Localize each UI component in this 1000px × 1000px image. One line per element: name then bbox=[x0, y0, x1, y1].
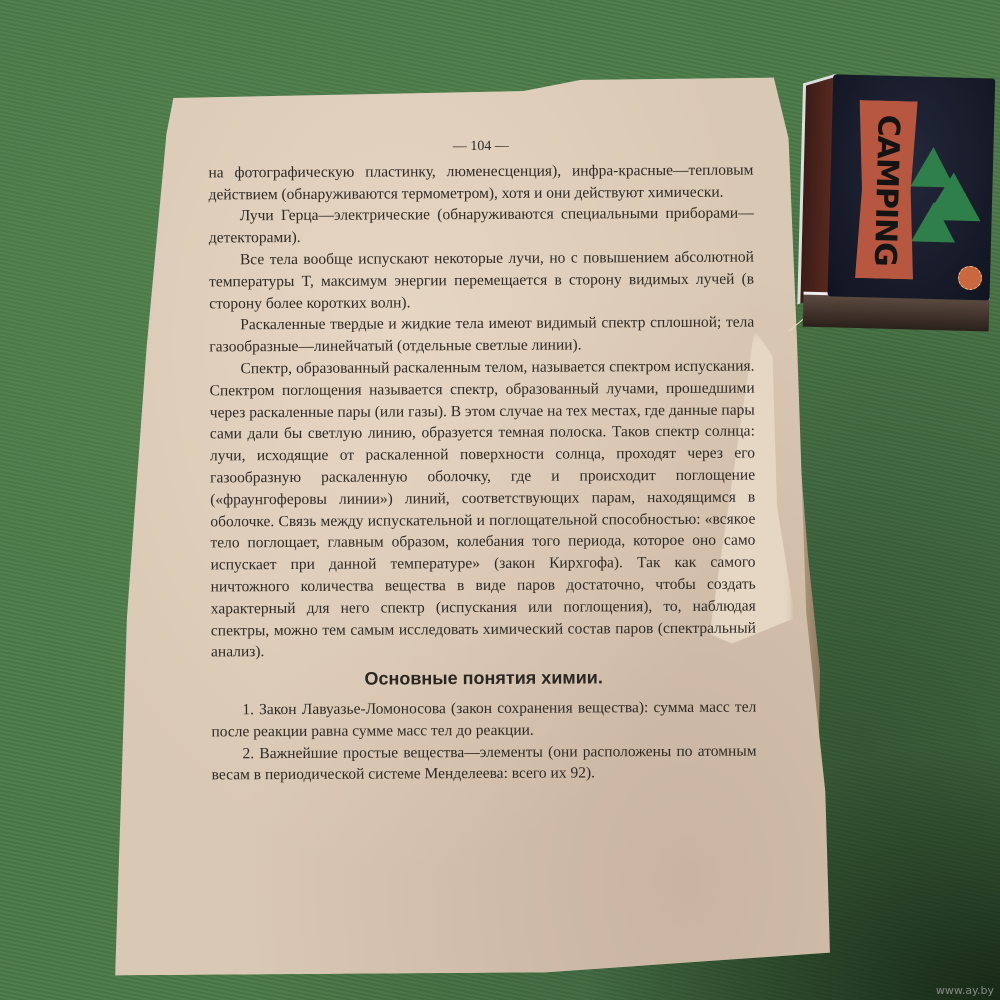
numbered-list: 1. Закон Лавуазье-Ломоносова (закон сохр… bbox=[211, 696, 756, 786]
page-number: — 104 — bbox=[208, 135, 753, 160]
seal-icon bbox=[958, 266, 983, 291]
watermark: www.ay.by bbox=[936, 984, 994, 997]
list-item: 1. Закон Лавуазье-Ломоносова (закон сохр… bbox=[211, 696, 756, 742]
section-heading: Основные понятия химии. bbox=[211, 667, 756, 692]
paragraph: на фотографическую пластинку, люменесцен… bbox=[208, 159, 753, 205]
brand-label: CAMPING bbox=[855, 100, 918, 279]
paragraph: Все тела вообще испускают некоторые лучи… bbox=[209, 247, 754, 315]
paragraph: Спектр, образованный раскаленным телом, … bbox=[209, 356, 756, 664]
brand-name: CAMPING bbox=[867, 114, 906, 266]
page-text: — 104 — на фотографическую пластинку, лю… bbox=[208, 135, 756, 787]
paragraphs: на фотографическую пластинку, люменесцен… bbox=[208, 159, 756, 663]
tree-icon bbox=[911, 201, 956, 242]
list-item: 2. Важнейшие простые вещества—элементы (… bbox=[211, 740, 756, 786]
paragraph: Раскаленные твердые и жидкие тела имеют … bbox=[209, 312, 754, 358]
matchbox-face: CAMPING bbox=[828, 74, 996, 300]
matchbox: CAMPING bbox=[797, 74, 996, 331]
paragraph: Лучи Герца—электрические (обнаруживаются… bbox=[209, 203, 754, 249]
